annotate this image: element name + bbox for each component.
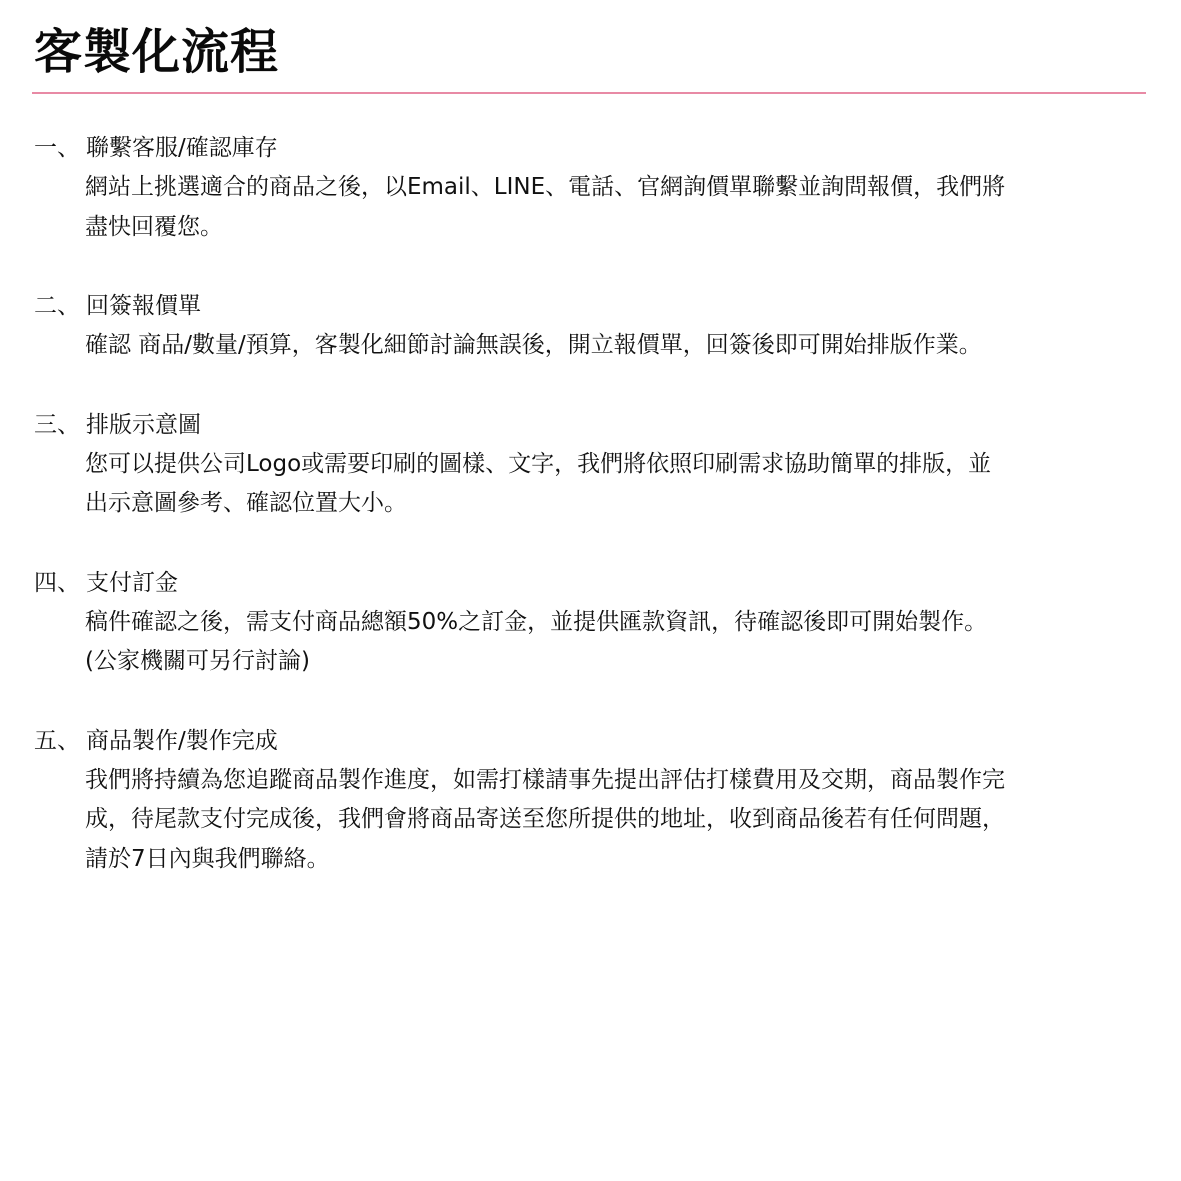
step-description: 您可以提供公司Logo或需要印刷的圖樣、文字，我們將依照印刷需求協助簡單的排版，… [85, 445, 1135, 524]
step-description: 確認 商品/數量/預算，客製化細節討論無誤後，開立報價單，回簽後即可開始排版作業… [85, 326, 1135, 366]
step-description: 我們將持續為您追蹤商品製作進度，如需打樣請事先提出評估打樣費用及交期，商品製作完… [85, 761, 1135, 880]
step-text-line: 網站上挑選適合的商品之後，以Email、LINE、電話、官網詢價單聯繫並詢問報價… [85, 168, 1135, 208]
page-title: 客製化流程 [34, 22, 279, 82]
step-title: 商品製作/製作完成 [86, 728, 278, 754]
step-title: 排版示意圖 [86, 412, 201, 438]
step-title: 回簽報價單 [86, 293, 201, 319]
step-heading: 二、回簽報價單 [34, 286, 1144, 326]
step-text-line: (公家機關可另行討論) [85, 642, 1135, 682]
step-number: 一、 [34, 128, 86, 168]
step-text-line: 我們將持續為您追蹤商品製作進度，如需打樣請事先提出評估打樣費用及交期，商品製作完 [85, 761, 1135, 801]
step-description: 稿件確認之後，需支付商品總額50%之訂金，並提供匯款資訊，待確認後即可開始製作。… [85, 603, 1135, 682]
step-text-line: 盡快回覆您。 [85, 208, 1135, 248]
step-number: 四、 [34, 563, 86, 603]
step-1: 一、聯繫客服/確認庫存 網站上挑選適合的商品之後，以Email、LINE、電話、… [34, 128, 1144, 247]
step-2: 二、回簽報價單 確認 商品/數量/預算，客製化細節討論無誤後，開立報價單，回簽後… [34, 286, 1144, 366]
step-title: 支付訂金 [86, 570, 178, 596]
step-heading: 五、商品製作/製作完成 [34, 721, 1144, 761]
step-text-line: 稿件確認之後，需支付商品總額50%之訂金，並提供匯款資訊，待確認後即可開始製作。 [85, 603, 1135, 643]
step-heading: 四、支付訂金 [34, 563, 1144, 603]
step-number: 三、 [34, 405, 86, 445]
step-number: 五、 [34, 721, 86, 761]
step-4: 四、支付訂金 稿件確認之後，需支付商品總額50%之訂金，並提供匯款資訊，待確認後… [34, 563, 1144, 682]
step-description: 網站上挑選適合的商品之後，以Email、LINE、電話、官網詢價單聯繫並詢問報價… [85, 168, 1135, 247]
step-text-line: 確認 商品/數量/預算，客製化細節討論無誤後，開立報價單，回簽後即可開始排版作業… [85, 326, 1135, 366]
title-divider [32, 92, 1146, 94]
step-number: 二、 [34, 286, 86, 326]
step-5: 五、商品製作/製作完成 我們將持續為您追蹤商品製作進度，如需打樣請事先提出評估打… [34, 721, 1144, 880]
step-3: 三、排版示意圖 您可以提供公司Logo或需要印刷的圖樣、文字，我們將依照印刷需求… [34, 405, 1144, 524]
process-steps: 一、聯繫客服/確認庫存 網站上挑選適合的商品之後，以Email、LINE、電話、… [34, 128, 1144, 918]
step-text-line: 出示意圖參考、確認位置大小。 [85, 484, 1135, 524]
step-text-line: 您可以提供公司Logo或需要印刷的圖樣、文字，我們將依照印刷需求協助簡單的排版，… [85, 445, 1135, 485]
step-text-line: 成，待尾款支付完成後，我們會將商品寄送至您所提供的地址，收到商品後若有任何問題， [85, 800, 1135, 840]
step-title: 聯繫客服/確認庫存 [86, 135, 278, 161]
step-text-line: 請於7日內與我們聯絡。 [85, 840, 1135, 880]
step-heading: 一、聯繫客服/確認庫存 [34, 128, 1144, 168]
step-heading: 三、排版示意圖 [34, 405, 1144, 445]
